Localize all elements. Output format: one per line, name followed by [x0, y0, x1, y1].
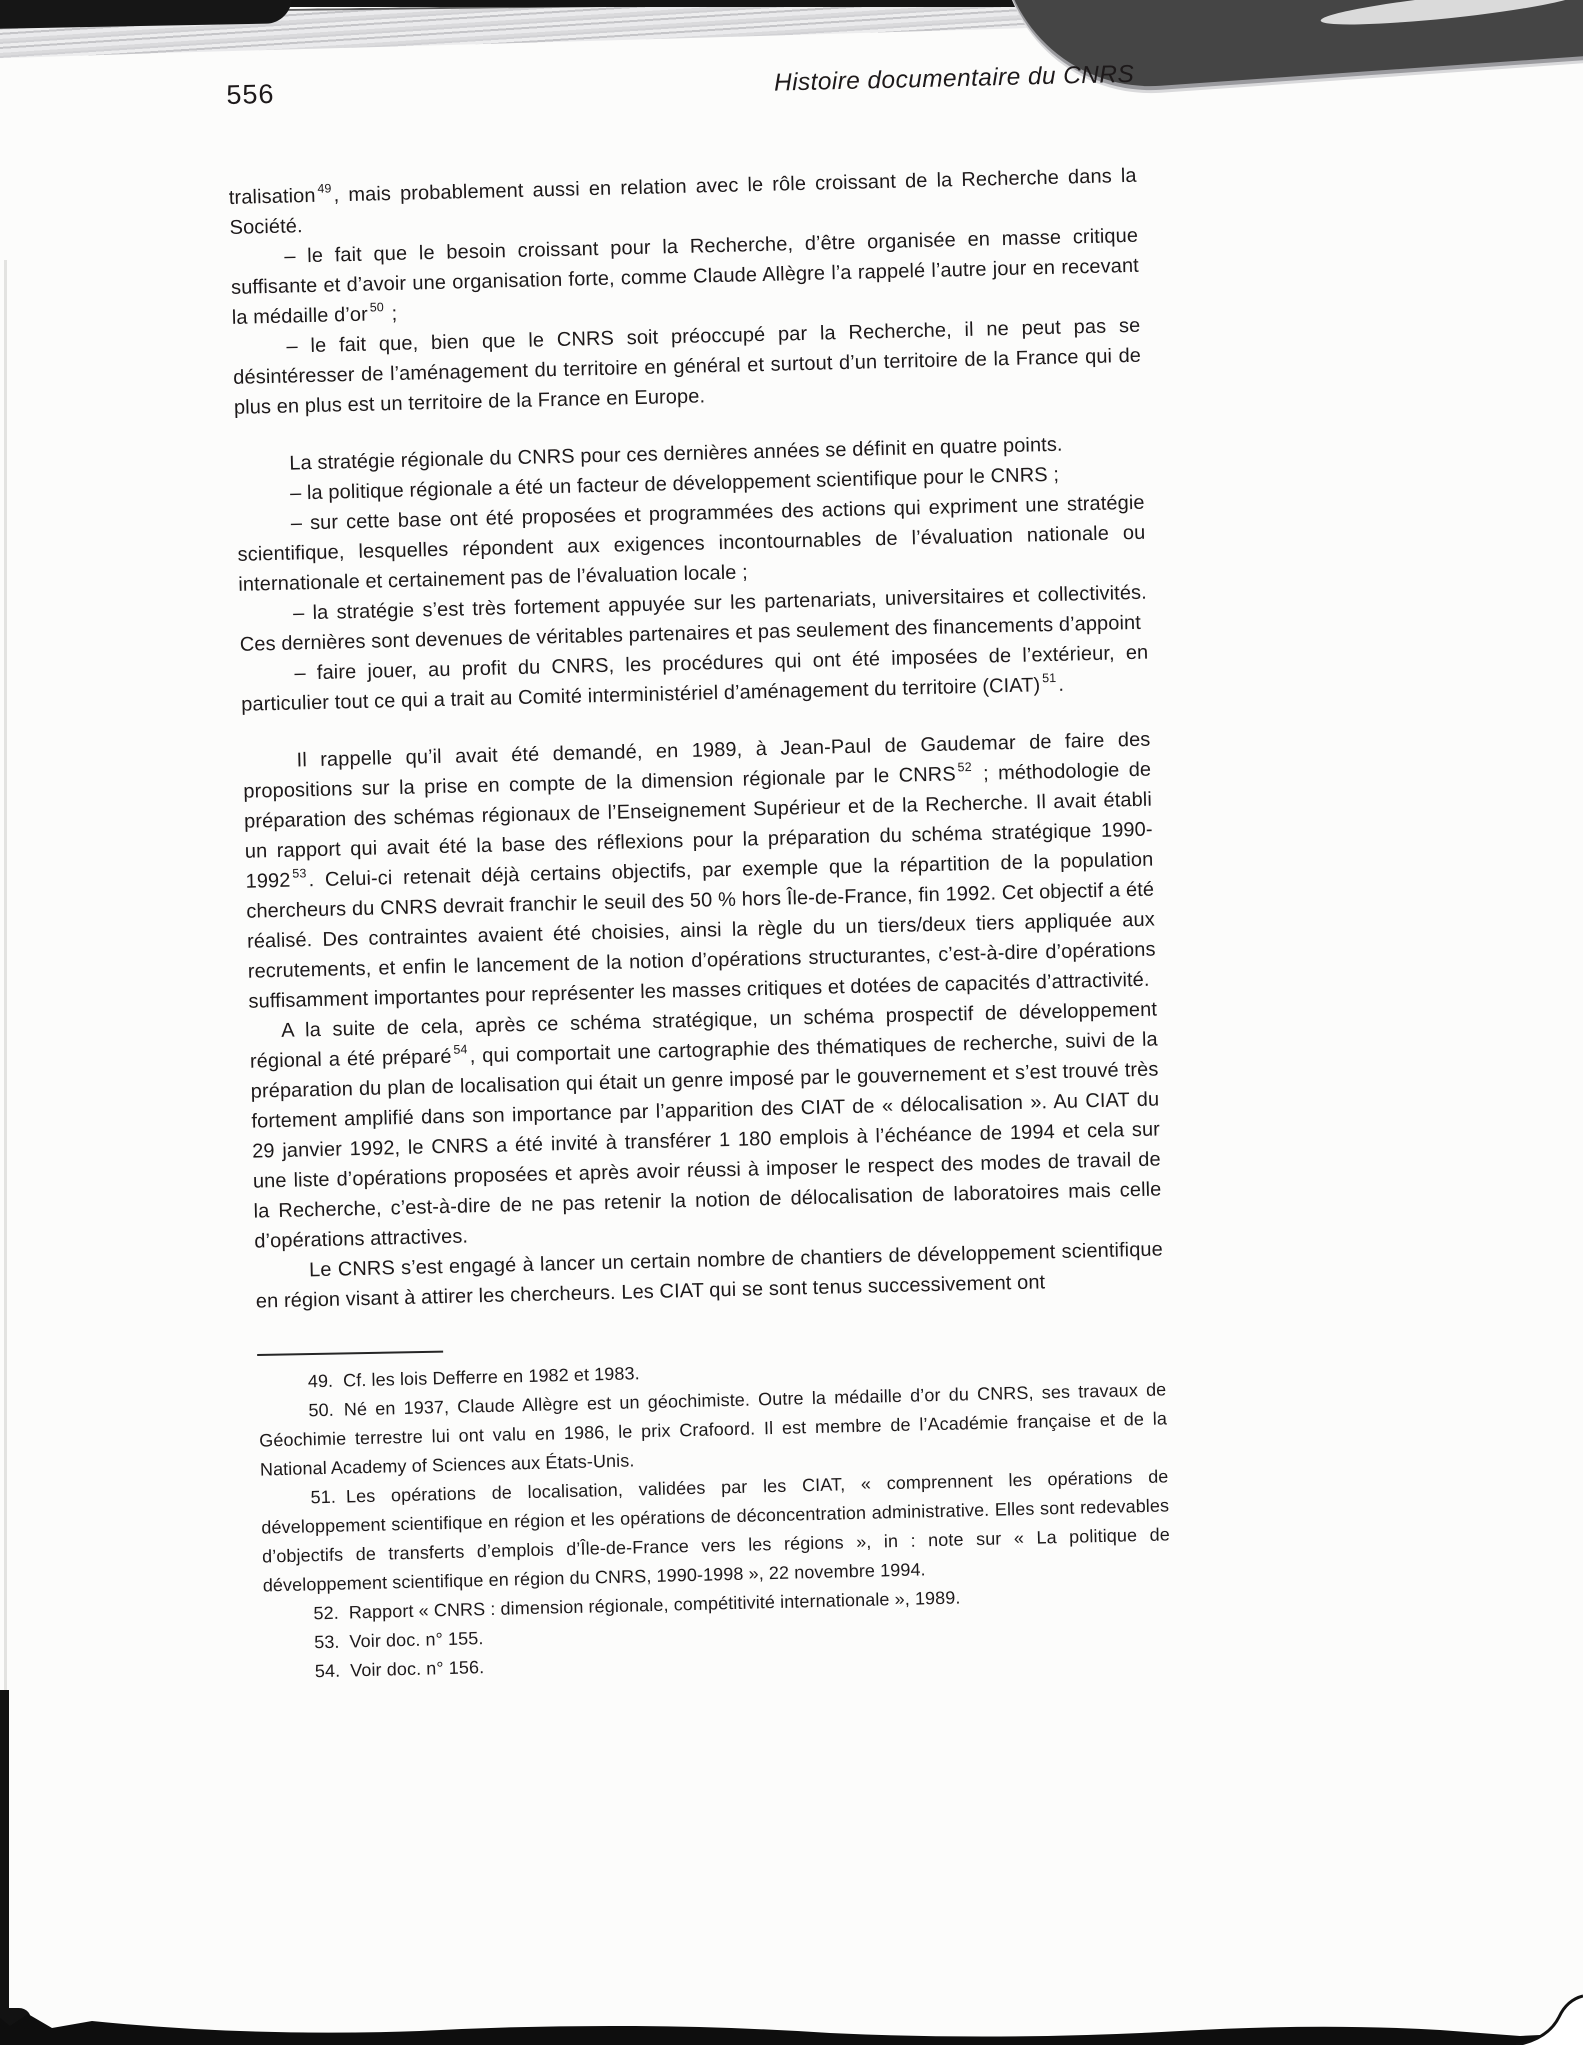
footnote-ref: 49	[317, 182, 331, 196]
footnote-label: 50.	[308, 1400, 344, 1421]
paragraph: A la suite de cela, après ce schéma stra…	[249, 995, 1163, 1257]
footnote-ref: 54	[453, 1043, 467, 1057]
bottom-edge-band	[0, 1990, 1583, 2045]
scanned-book-page: 556 Histoire documentaire du CNRS tralis…	[0, 0, 1583, 2045]
footnote-label: 51.	[310, 1486, 346, 1507]
page-header: 556 Histoire documentaire du CNRS	[226, 58, 1134, 111]
footnote-ref: 52	[957, 760, 971, 774]
footnote-label: 49.	[308, 1371, 344, 1392]
footnote-label: 52.	[313, 1602, 349, 1623]
footnote-ref: 50	[370, 301, 384, 315]
footnote-ref: 53	[292, 867, 306, 881]
footnote-separator	[257, 1351, 443, 1356]
footnote: 51.Les opérations de localisation, valid…	[260, 1462, 1171, 1600]
page-content: 556 Histoire documentaire du CNRS tralis…	[226, 58, 1173, 1688]
footnote-label: 54.	[315, 1660, 351, 1681]
left-edge-faint-line	[4, 260, 7, 1710]
paragraph: Il rappelle qu’il avait été demandé, en …	[242, 725, 1156, 1017]
footnotes-list: 49.Cf. les lois Defferre en 1982 et 1983…	[257, 1346, 1173, 1687]
running-title: Histoire documentaire du CNRS	[774, 61, 1135, 98]
footnote-ref: 51	[1042, 671, 1056, 685]
footnote-label: 53.	[314, 1631, 350, 1652]
page-number: 556	[226, 79, 275, 111]
body-text: tralisation49, mais probablement aussi e…	[229, 161, 1164, 1317]
